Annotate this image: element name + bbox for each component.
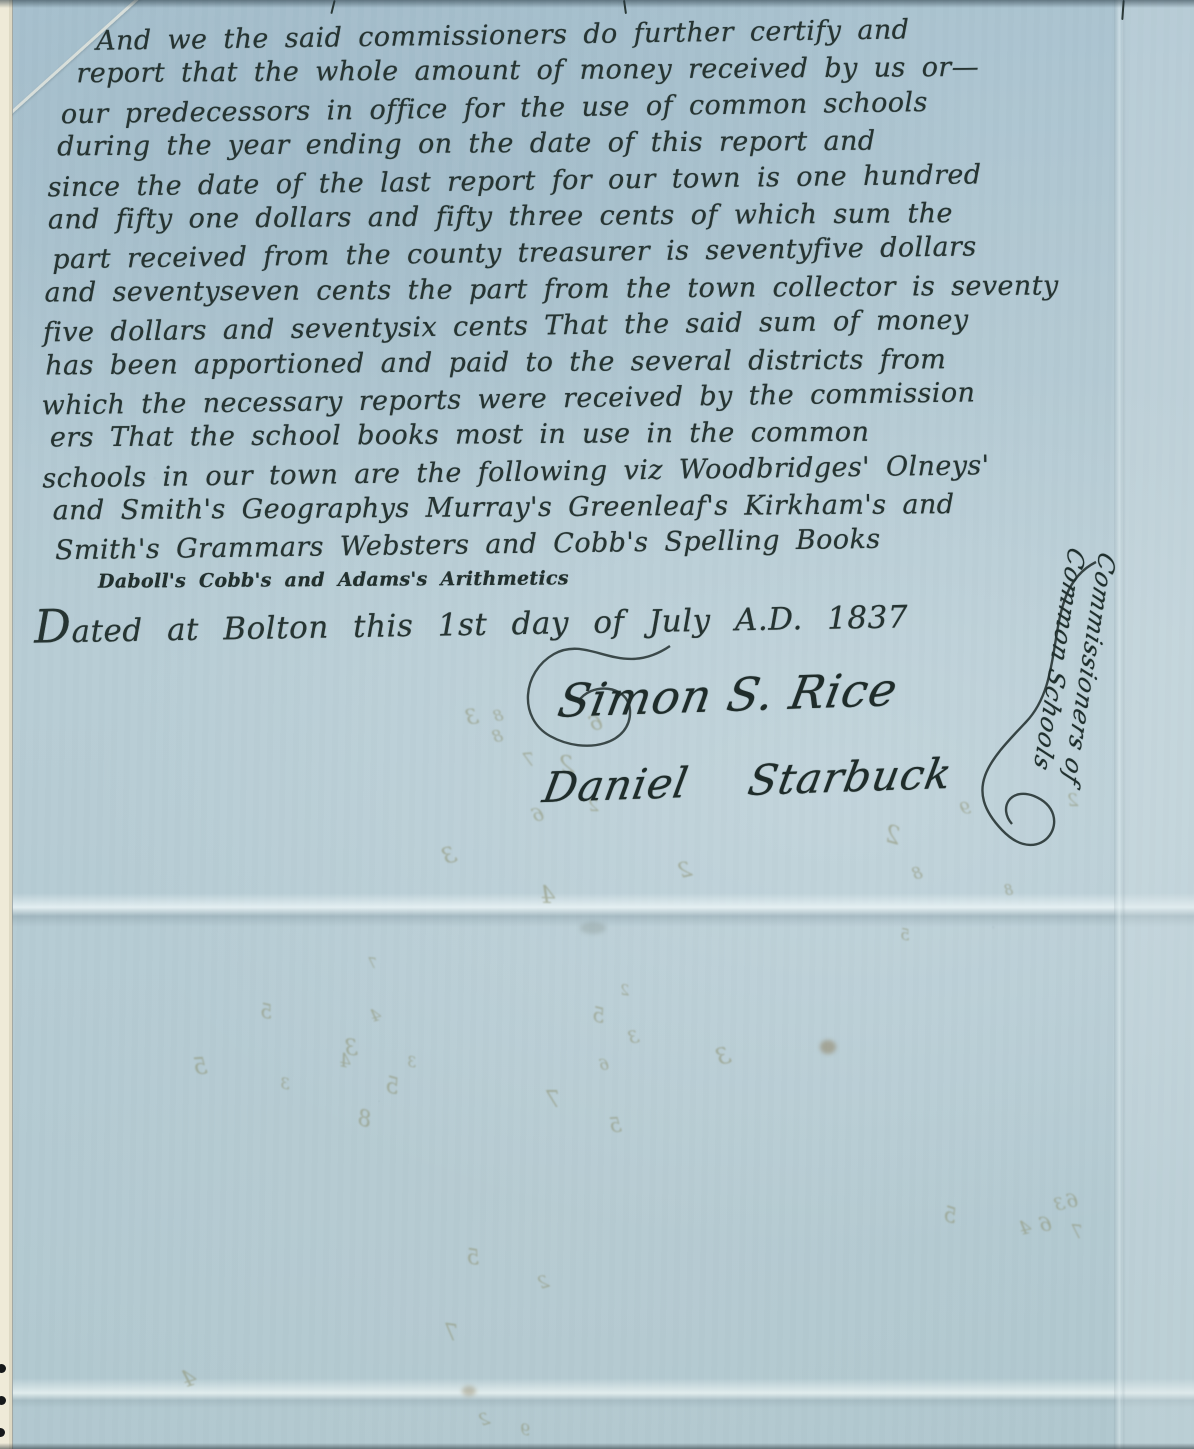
bleed-through-mark: 7 — [442, 1319, 460, 1347]
paper-stain — [462, 1386, 476, 1396]
inserted-line: Daboll's Cobb's and Adams's Arithmetics — [98, 567, 569, 592]
bleed-through-mark: 3 — [344, 1035, 359, 1062]
smudge-mark — [580, 922, 606, 934]
ink-stain — [820, 1040, 836, 1054]
bleed-through-mark: 7 — [368, 956, 378, 973]
bleed-through-mark: 6 — [1065, 1190, 1079, 1213]
fold-crease-horizontal-lower — [0, 1378, 1194, 1408]
bleed-through-mark: 7 — [546, 1087, 561, 1113]
paper-left-edge — [0, 0, 13, 1449]
bleed-through-mark: 7 — [1070, 1219, 1084, 1243]
scan-shadow-bottom — [0, 1443, 1194, 1449]
scan-shadow-top — [0, 0, 1194, 8]
body-lines: And we the said commissioners do further… — [38, 11, 1175, 568]
manuscript-page: 2357468325947632852357468325947632852357… — [0, 0, 1194, 1449]
bleed-through-mark: 4 — [540, 881, 556, 910]
bleed-through-mark: 5 — [192, 1054, 208, 1081]
bleed-through-mark: 5 — [608, 1112, 623, 1137]
